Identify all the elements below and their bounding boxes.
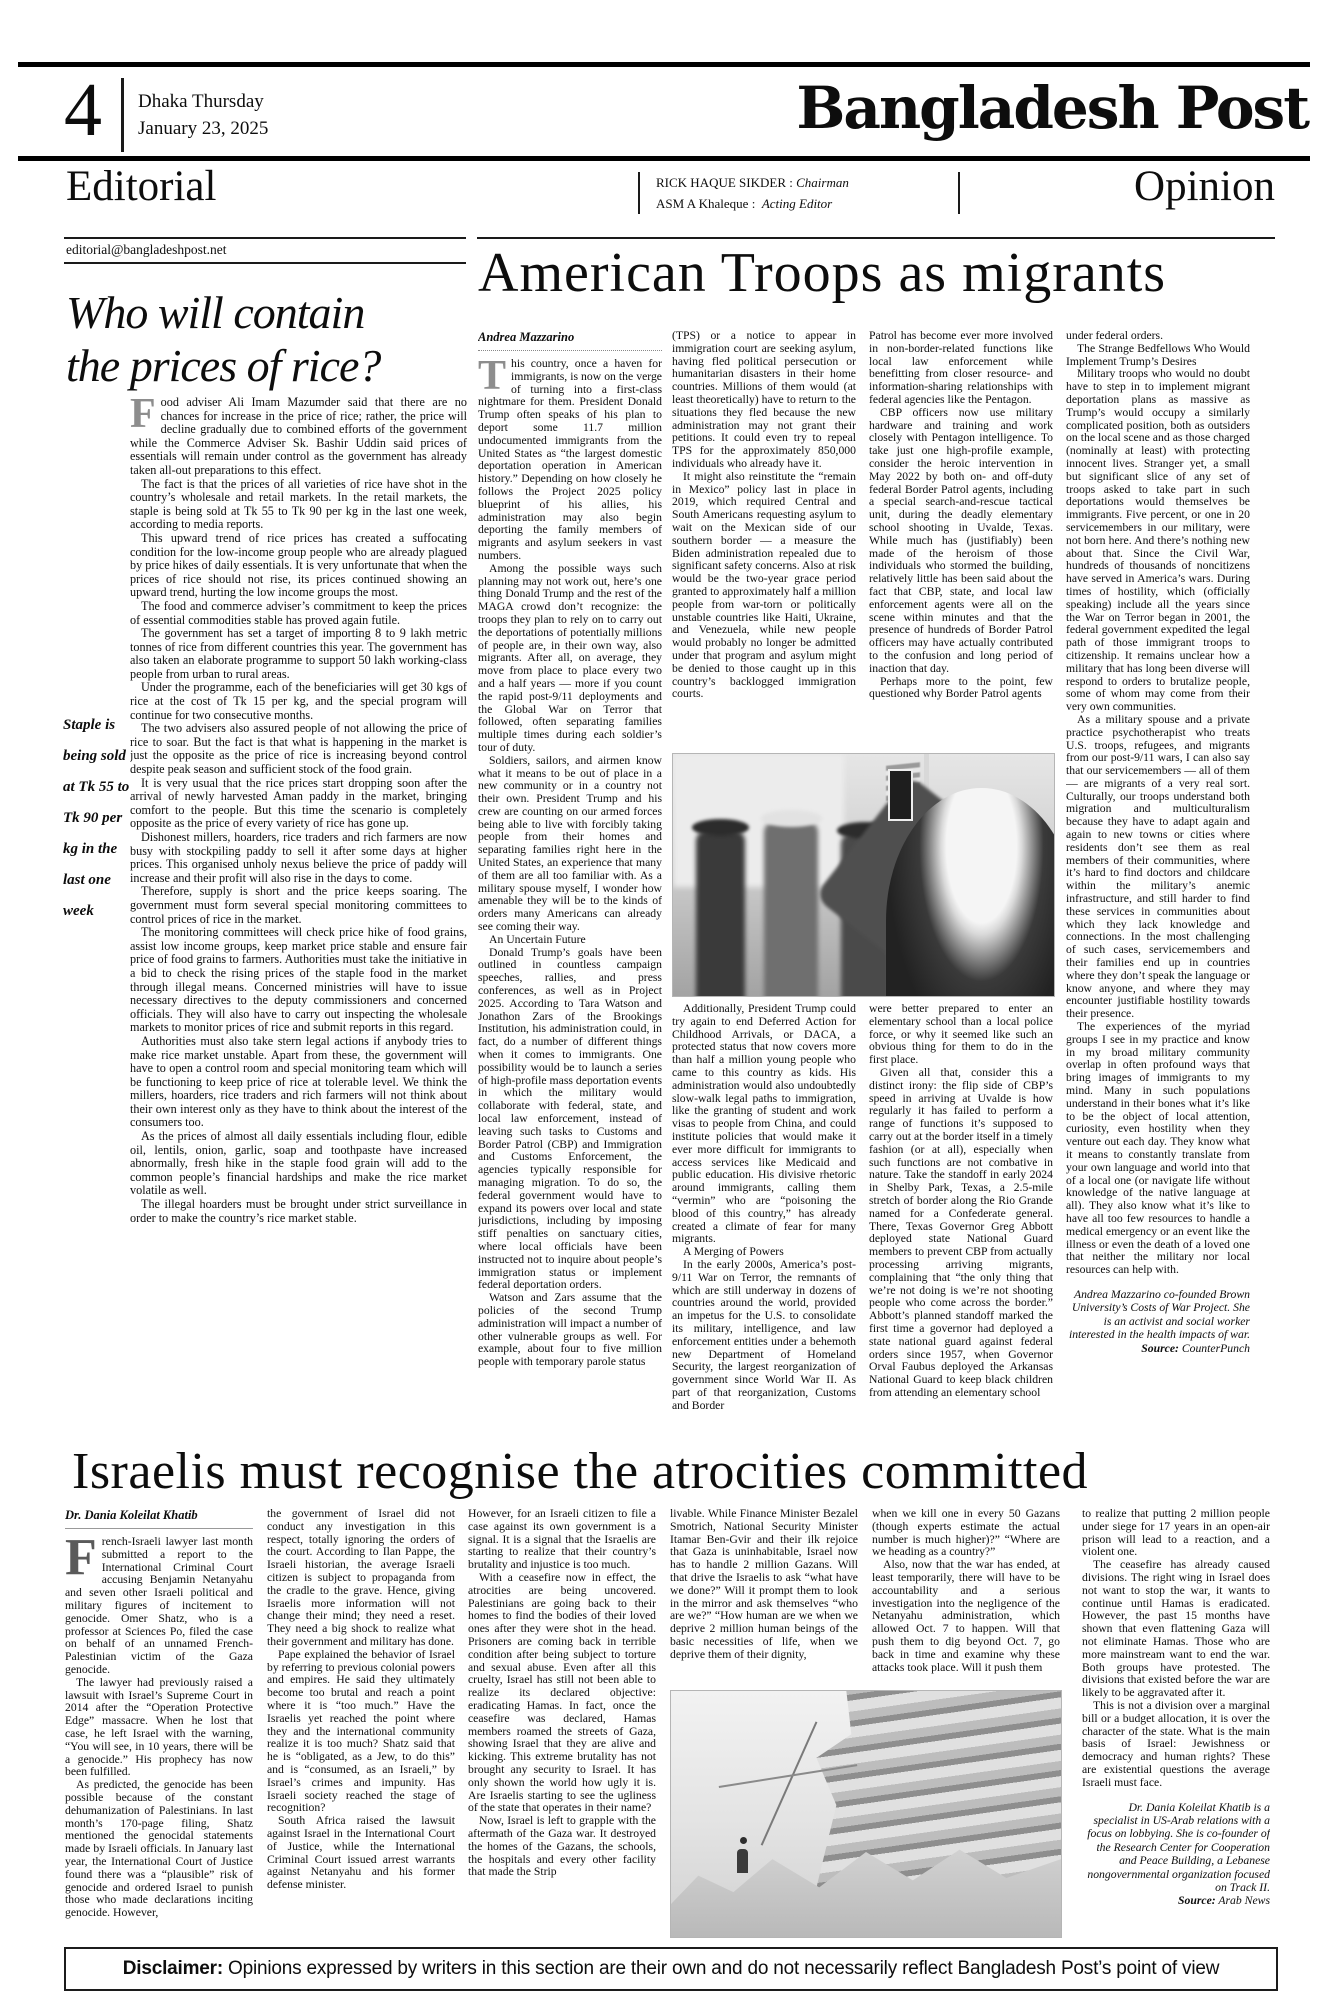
- dateline-day: Dhaka Thursday: [138, 88, 268, 115]
- author-bio: Source: Arab News: [1082, 1894, 1270, 1907]
- paragraph: French-Israeli lawyer last month submitt…: [65, 1536, 253, 1677]
- subhead: An Uncertain Future: [478, 934, 662, 947]
- paragraph: Therefore, supply is short and the price…: [130, 885, 467, 926]
- page-number: 4: [64, 72, 102, 148]
- paragraph: As predicted, the genocide has been poss…: [65, 1779, 253, 1920]
- israel-col6: to realize that putting 2 million people…: [1082, 1508, 1270, 1936]
- person-on-rubble: [737, 1849, 748, 1873]
- section-label-opinion: Opinion: [1134, 164, 1275, 210]
- troops-col2-top: (TPS) or a notice to appear in immigrati…: [672, 330, 856, 751]
- paragraph: South Africa raised the lawsuit against …: [267, 1815, 455, 1892]
- paragraph: The illegal hoarders must be brought und…: [130, 1198, 467, 1225]
- israel-col1: Dr. Dania Koleilat Khatib French-Israeli…: [65, 1508, 253, 1936]
- drop-cap: F: [130, 396, 161, 431]
- paragraph: This upward trend of rice prices has cre…: [130, 532, 467, 600]
- newspaper-page: 4 Dhaka Thursday January 23, 2025 Bangla…: [0, 0, 1328, 2003]
- paragraph: As a military spouse and a private pract…: [1066, 714, 1250, 1021]
- paragraph: livable. While Finance Minister Bezalel …: [670, 1508, 858, 1662]
- paragraph: Pape explained the behavior of Israel by…: [267, 1649, 455, 1815]
- paragraph: It might also reinstitute the “remain in…: [672, 471, 856, 701]
- paragraph: Patrol has become ever more involved in …: [869, 330, 1053, 407]
- paragraph: This country, once a haven for immigrant…: [478, 358, 662, 563]
- paragraph: The two advisers also assured people of …: [130, 722, 467, 776]
- israel-col5-top: when we kill one in every 50 Gazans (tho…: [872, 1508, 1060, 1682]
- troops-col1: Andrea Mazzarino This country, once a ha…: [478, 330, 662, 1435]
- disclaimer-text: Opinions expressed by writers in this se…: [228, 1958, 1219, 1980]
- drop-cap: T: [478, 358, 511, 393]
- paragraph: The experiences of the myriad groups I s…: [1066, 1021, 1250, 1277]
- paragraph: The monitoring committees will check pri…: [130, 926, 467, 1035]
- paragraph: Also, now that the war has ended, at lea…: [872, 1559, 1060, 1674]
- paragraph: Food adviser Ali Imam Mazumder said that…: [130, 396, 467, 478]
- editorial-email: editorial@bangladeshpost.net: [66, 241, 227, 259]
- dateline-date: January 23, 2025: [138, 115, 268, 142]
- paragraph: CBP officers now use military hardware a…: [869, 407, 1053, 676]
- paragraph: However, for an Israeli citizen to file …: [468, 1508, 656, 1572]
- paragraph: Given all that, consider this a distinct…: [869, 1067, 1053, 1400]
- subhead: The Strange Bedfellows Who Would Impleme…: [1066, 343, 1250, 369]
- paragraph: Soldiers, sailors, and airmen know what …: [478, 755, 662, 934]
- editorial-rule-top: [64, 237, 466, 239]
- paragraph: With a ceasefire now in effect, the atro…: [468, 1572, 656, 1815]
- top-rule: [18, 62, 1310, 67]
- paragraph: Military troops who would no doubt have …: [1066, 368, 1250, 714]
- section-label-editorial: Editorial: [66, 164, 216, 210]
- troops-col3-top: Patrol has become ever more involved in …: [869, 330, 1053, 751]
- author-bio: Dr. Dania Koleilat Khatib is a specialis…: [1082, 1801, 1270, 1895]
- rice-headline: Who will contain the prices of rice?: [66, 286, 476, 392]
- dateline: Dhaka Thursday January 23, 2025: [138, 88, 268, 142]
- rice-body: Food adviser Ali Imam Mazumder said that…: [130, 396, 467, 1436]
- troops-headline: American Troops as migrants: [478, 244, 1166, 302]
- paragraph: In the early 2000s, America’s post-9/11 …: [672, 1259, 856, 1413]
- paragraph: (TPS) or a notice to appear in immigrati…: [672, 330, 856, 471]
- paragraph: Watson and Zars assume that the policies…: [478, 1292, 662, 1369]
- header-bottom-rule: [18, 156, 1310, 161]
- chairman-line: RICK HAQUE SIKDER : Chairman: [656, 172, 849, 193]
- author-bio: Source: CounterPunch: [1066, 1342, 1250, 1355]
- paragraph: to realize that putting 2 million people…: [1082, 1508, 1270, 1559]
- drop-cap: F: [65, 1536, 102, 1578]
- troops-byline: Andrea Mazzarino: [478, 330, 662, 351]
- author-bio: Andrea Mazzarino co-founded Brown Univer…: [1066, 1288, 1250, 1342]
- israel-col4-top: livable. While Finance Minister Bezalel …: [670, 1508, 858, 1682]
- disclaimer-bar: Disclaimer: Opinions expressed by writer…: [64, 1947, 1278, 1991]
- disclaimer-label: Disclaimer:: [123, 1958, 223, 1980]
- paragraph: when we kill one in every 50 Gazans (tho…: [872, 1508, 1060, 1559]
- acting-editor-line: ASM A Khaleque : Acting Editor: [656, 193, 849, 214]
- israel-col3: However, for an Israeli citizen to file …: [468, 1508, 656, 1936]
- paragraph: Donald Trump’s goals have been outlined …: [478, 947, 662, 1293]
- masthead: Bangladesh Post: [796, 78, 1308, 138]
- paragraph: The government has set a target of impor…: [130, 627, 467, 681]
- paragraph: The fact is that the prices of all varie…: [130, 478, 467, 532]
- paragraph: Additionally, President Trump could try …: [672, 1003, 856, 1246]
- rice-pull-quote: Staple is being sold at Tk 55 to Tk 90 p…: [63, 710, 135, 927]
- paragraph: The lawyer had previously raised a lawsu…: [65, 1677, 253, 1779]
- paragraph: Under the programme, each of the benefic…: [130, 681, 467, 722]
- paragraph: The ceasefire has already caused divisio…: [1082, 1559, 1270, 1700]
- paragraph: As the prices of almost all daily essent…: [130, 1130, 467, 1198]
- israel-byline: Dr. Dania Koleilat Khatib: [65, 1508, 253, 1529]
- israel-headline: Israelis must recognise the atrocities c…: [72, 1444, 1088, 1499]
- staff-block: RICK HAQUE SIKDER : Chairman ASM A Khale…: [656, 172, 849, 214]
- paragraph: The food and commerce adviser’s commitme…: [130, 600, 467, 627]
- troops-photo: [672, 753, 1055, 997]
- israel-col2: the government of Israel did not conduct…: [267, 1508, 455, 1936]
- paragraph: Perhaps more to the point, few questione…: [869, 676, 1053, 702]
- paragraph: under federal orders.: [1066, 330, 1250, 343]
- paragraph: Authorities must also take stern legal a…: [130, 1035, 467, 1130]
- header-divider: [121, 78, 124, 152]
- paragraph: Now, Israel is left to grapple with the …: [468, 1815, 656, 1879]
- paragraph: Among the possible ways such planning ma…: [478, 563, 662, 755]
- paragraph: Dishonest millers, hoarders, rice trader…: [130, 831, 467, 885]
- troops-col4: under federal orders.The Strange Bedfell…: [1066, 330, 1250, 1435]
- staff-divider-right: [958, 172, 960, 214]
- paragraph: the government of Israel did not conduct…: [267, 1508, 455, 1649]
- staff-divider-left: [638, 172, 640, 214]
- paragraph: It is very usual that the rice prices st…: [130, 777, 467, 831]
- opinion-rule: [477, 237, 1275, 239]
- troops-col3-bottom: were better prepared to enter an element…: [869, 1003, 1053, 1435]
- paragraph: This is not a division over a marginal b…: [1082, 1700, 1270, 1790]
- phone: [888, 769, 913, 821]
- rubble-photo: [670, 1690, 1062, 1938]
- editorial-rule-bottom: [64, 262, 466, 264]
- troops-col2-bottom: Additionally, President Trump could try …: [672, 1003, 856, 1435]
- paragraph: were better prepared to enter an element…: [869, 1003, 1053, 1067]
